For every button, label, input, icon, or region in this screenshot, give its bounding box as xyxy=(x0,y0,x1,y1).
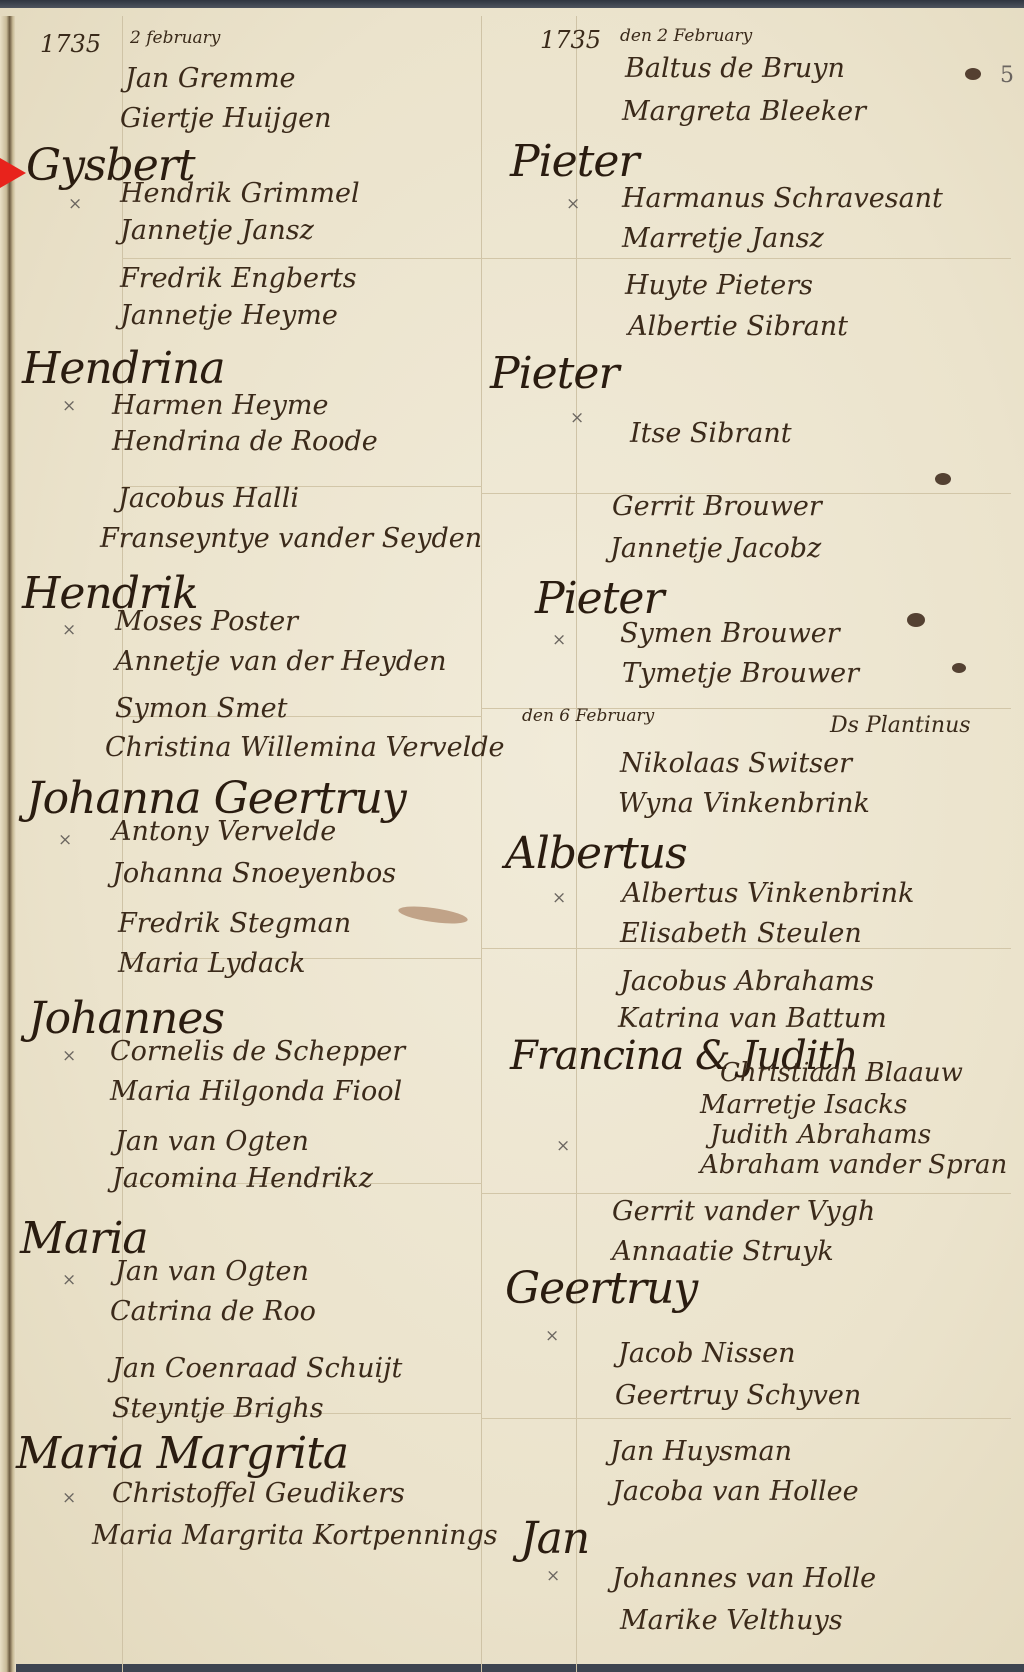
parent-name: Jan van Ogten xyxy=(115,1256,309,1287)
parent-name: Jacomina Hendrikz xyxy=(112,1163,373,1194)
left-date: 2 february xyxy=(130,28,220,48)
parent-name: Christina Willemina Vervelde xyxy=(105,732,505,763)
parent-name: Annetje van der Heyden xyxy=(115,646,447,677)
parent-name: Harmanus Schravesant xyxy=(622,183,943,214)
margin-note: 5 xyxy=(1000,63,1014,88)
parent-name: Maria Lydack xyxy=(118,948,306,979)
child-name: Geertruy xyxy=(505,1263,697,1314)
parent-name: Jacobus Abrahams xyxy=(620,966,874,997)
parent-name: Jan Huysman xyxy=(610,1436,792,1467)
column-divider-rule xyxy=(481,16,482,1664)
parent-name: Gerrit vander Vygh xyxy=(612,1196,875,1227)
parent-name: Moses Poster xyxy=(115,606,298,637)
parent-name: Jannetje Jacobz xyxy=(610,533,821,564)
parent-name: Fredrik Stegman xyxy=(118,908,351,939)
parent-name: Geertruy Schyven xyxy=(615,1380,861,1411)
witness-name: Jannetje Jansz xyxy=(120,215,314,246)
ink-blot xyxy=(935,473,951,485)
child-name: Pieter xyxy=(510,136,638,187)
cross-mark: × xyxy=(62,620,76,640)
parent-name: Jan Coenraad Schuijt xyxy=(112,1353,402,1384)
cross-mark: × xyxy=(552,630,566,650)
parent-name: Antony Vervelde xyxy=(112,816,336,847)
parent-name: Elisabeth Steulen xyxy=(620,918,862,949)
cross-mark: × xyxy=(556,1136,570,1156)
cross-mark: × xyxy=(546,1566,560,1586)
child-name: Albertus xyxy=(505,828,687,879)
parent-name: Symon Smet xyxy=(115,693,288,724)
parent-name: Johanna Snoeyenbos xyxy=(112,858,396,889)
parent-name: Abraham vander Spran xyxy=(700,1150,1007,1180)
row-rule xyxy=(481,1193,1011,1194)
parent-name: Harmen Heyme xyxy=(112,390,328,421)
cross-mark: × xyxy=(552,888,566,908)
parent-name: Christoffel Geudikers xyxy=(112,1478,405,1509)
parent-name: Johannes van Holle xyxy=(612,1563,876,1594)
parent-name: Marike Velthuys xyxy=(620,1605,843,1636)
parent-name: Maria Hilgonda Fiool xyxy=(110,1076,402,1107)
parent-name: Catrina de Roo xyxy=(110,1296,316,1327)
cross-mark: × xyxy=(62,1270,76,1290)
witness-name: Hendrik Grimmel xyxy=(120,178,360,209)
cross-mark: × xyxy=(566,194,580,214)
cross-mark: × xyxy=(570,408,584,428)
parent-name: Wyna Vinkenbrink xyxy=(618,788,870,819)
child-name: Maria Margrita xyxy=(16,1428,348,1479)
right-year: 1735 xyxy=(540,26,601,54)
child-name: Hendrina xyxy=(22,343,225,394)
parent-name: Jacob Nissen xyxy=(618,1338,796,1369)
parent-name: Cornelis de Schepper xyxy=(110,1036,405,1067)
parent-name: Marretje Isacks xyxy=(700,1090,907,1120)
red-arrow-marker xyxy=(0,158,26,188)
parent-name: Itse Sibrant xyxy=(630,418,792,449)
parent-name: Albertus Vinkenbrink xyxy=(622,878,914,909)
right-date: den 2 February xyxy=(620,26,752,46)
row-rule xyxy=(481,258,1011,259)
parent-name: Baltus de Bruyn xyxy=(625,53,845,84)
ink-smudge xyxy=(397,903,468,927)
left-year: 1735 xyxy=(40,30,101,58)
parent-name: Symen Brouwer xyxy=(620,618,840,649)
parent-name: Jan van Ogten xyxy=(115,1126,309,1157)
parent-name: Hendrina de Roode xyxy=(112,426,378,457)
parent-name: Giertje Huijgen xyxy=(120,103,331,134)
ink-blot xyxy=(952,663,966,673)
officiant-name: Ds Plantinus xyxy=(830,713,971,738)
ink-blot xyxy=(907,613,925,627)
parent-name: Gerrit Brouwer xyxy=(612,491,822,522)
row-rule xyxy=(122,258,482,259)
parent-name: Franseyntye vander Seyden xyxy=(100,523,482,554)
parent-name: Huyte Pieters xyxy=(625,270,813,301)
row-rule xyxy=(481,1418,1011,1419)
child-name: Pieter xyxy=(490,348,618,399)
child-name: Jan xyxy=(520,1513,589,1564)
parent-name: Margreta Bleeker xyxy=(622,96,866,127)
parent-name: Jan Gremme xyxy=(125,63,296,94)
cross-mark: × xyxy=(62,396,76,416)
ink-blot xyxy=(965,68,981,80)
right-date-2: den 6 February xyxy=(522,706,654,726)
page-binding xyxy=(0,16,16,1664)
cross-mark: × xyxy=(62,1488,76,1508)
cross-mark: × xyxy=(58,830,72,850)
parent-name: Steyntje Brighs xyxy=(112,1393,324,1424)
parent-name: Marretje Jansz xyxy=(622,223,824,254)
parent-name: Albertie Sibrant xyxy=(628,311,848,342)
parent-name: Fredrik Engberts xyxy=(120,263,357,294)
parent-name: Nikolaas Switser xyxy=(620,748,852,779)
child-name: Pieter xyxy=(535,573,663,624)
cross-mark: × xyxy=(68,194,82,214)
parent-name: Jacoba van Hollee xyxy=(612,1476,859,1507)
parent-name: Maria Margrita Kortpennings xyxy=(92,1520,498,1551)
parent-name: Jannetje Heyme xyxy=(120,300,338,331)
cross-mark: × xyxy=(545,1326,559,1346)
cross-mark: × xyxy=(62,1046,76,1066)
parent-name: Judith Abrahams xyxy=(710,1120,931,1150)
parent-name: Christiaan Blaauw xyxy=(720,1058,963,1088)
parent-name: Tymetje Brouwer xyxy=(622,658,859,689)
register-page: 1735 2 february Jan Gremme Giertje Huijg… xyxy=(0,8,1024,1664)
parent-name: Jacobus Halli xyxy=(118,483,299,514)
